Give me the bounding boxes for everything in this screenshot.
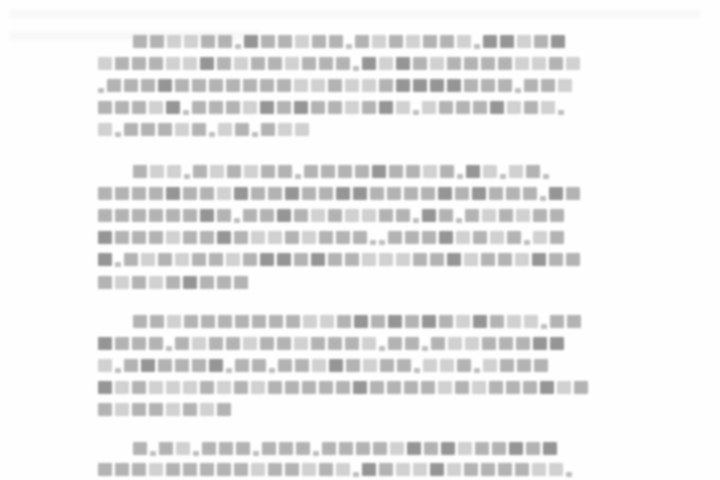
glyph xyxy=(346,44,352,49)
glyph xyxy=(277,79,291,92)
text-line xyxy=(98,187,580,201)
glyph xyxy=(268,57,282,70)
glyph xyxy=(124,253,138,266)
glyph xyxy=(490,101,504,114)
glyph xyxy=(158,79,172,92)
glyph xyxy=(524,240,530,245)
glyph xyxy=(534,35,548,48)
glyph xyxy=(183,187,197,200)
glyph xyxy=(509,165,523,178)
glyph xyxy=(483,165,497,178)
glyph xyxy=(482,337,496,350)
glyph xyxy=(541,324,547,329)
glyph xyxy=(150,315,164,328)
glyph xyxy=(506,381,520,394)
glyph xyxy=(465,337,479,350)
glyph xyxy=(447,79,461,92)
glyph xyxy=(473,315,487,328)
glyph xyxy=(541,101,555,114)
glyph xyxy=(404,381,418,394)
glyph xyxy=(175,79,189,92)
glyph xyxy=(355,165,369,178)
glyph xyxy=(149,101,163,114)
glyph xyxy=(278,123,292,136)
glyph xyxy=(175,253,189,266)
glyph xyxy=(500,359,514,372)
glyph xyxy=(362,101,376,114)
glyph xyxy=(98,187,112,200)
glyph xyxy=(217,276,231,289)
glyph xyxy=(345,101,359,114)
glyph xyxy=(98,231,112,244)
glyph xyxy=(328,101,342,114)
glyph xyxy=(499,209,513,222)
glyph xyxy=(481,463,495,476)
glyph xyxy=(533,209,547,222)
glyph xyxy=(506,187,520,200)
glyph xyxy=(447,463,461,476)
glyph xyxy=(166,381,180,394)
glyph xyxy=(302,463,316,476)
glyph xyxy=(217,403,231,416)
glyph xyxy=(226,337,240,350)
glyph xyxy=(115,187,129,200)
glyph xyxy=(183,231,197,244)
glyph xyxy=(184,315,198,328)
document-page: [illegible Chinese paragraph 1 — 5 lines… xyxy=(0,0,720,480)
glyph xyxy=(115,57,129,70)
glyph xyxy=(422,231,436,244)
glyph xyxy=(201,35,215,48)
text-line xyxy=(98,209,564,223)
glyph xyxy=(243,79,257,92)
glyph xyxy=(244,165,258,178)
glyph xyxy=(321,165,335,178)
glyph xyxy=(370,187,384,200)
glyph xyxy=(558,79,572,92)
glyph xyxy=(98,337,112,350)
glyph xyxy=(483,35,497,48)
glyph xyxy=(389,35,403,48)
text-line xyxy=(98,253,580,267)
glyph xyxy=(515,253,529,266)
glyph xyxy=(413,463,427,476)
glyph xyxy=(251,57,265,70)
glyph xyxy=(302,381,316,394)
glyph xyxy=(338,165,352,178)
glyph xyxy=(234,231,248,244)
paragraph-text: [illegible Chinese paragraph 3 — 5 lines… xyxy=(98,0,99,1)
glyph xyxy=(141,253,155,266)
glyph xyxy=(132,209,146,222)
glyph xyxy=(175,337,189,350)
glyph xyxy=(336,231,350,244)
glyph xyxy=(226,101,240,114)
glyph xyxy=(430,463,444,476)
glyph xyxy=(141,359,155,372)
glyph xyxy=(279,442,293,455)
glyph xyxy=(192,337,206,350)
glyph xyxy=(236,442,250,455)
glyph xyxy=(371,315,385,328)
glyph xyxy=(277,209,291,222)
glyph xyxy=(414,368,420,373)
glyph xyxy=(243,209,257,222)
glyph xyxy=(201,315,215,328)
glyph xyxy=(431,337,445,350)
glyph xyxy=(373,442,387,455)
glyph xyxy=(515,88,521,93)
glyph xyxy=(278,359,292,372)
glyph xyxy=(387,381,401,394)
glyph xyxy=(405,315,419,328)
glyph xyxy=(423,165,437,178)
glyph xyxy=(294,79,308,92)
text-line xyxy=(98,463,572,477)
glyph xyxy=(370,240,376,245)
glyph xyxy=(133,165,147,178)
glyph xyxy=(200,187,214,200)
glyph xyxy=(473,101,487,114)
glyph xyxy=(380,359,394,372)
glyph xyxy=(345,209,359,222)
glyph xyxy=(465,209,479,222)
glyph xyxy=(526,442,540,455)
glyph xyxy=(422,209,436,222)
glyph xyxy=(149,381,163,394)
paragraph-text: [illegible Chinese paragraph 2 — 6 lines… xyxy=(98,0,99,1)
glyph xyxy=(183,403,197,416)
glyph xyxy=(447,253,461,266)
glyph xyxy=(533,337,547,350)
text-line xyxy=(98,276,248,290)
glyph xyxy=(543,174,549,179)
glyph xyxy=(362,57,376,70)
glyph xyxy=(475,442,489,455)
glyph xyxy=(566,253,580,266)
glyph xyxy=(549,187,563,200)
glyph xyxy=(507,315,521,328)
glyph xyxy=(277,253,291,266)
glyph xyxy=(132,276,146,289)
glyph xyxy=(319,381,333,394)
glyph xyxy=(516,209,530,222)
glyph xyxy=(523,187,537,200)
glyph xyxy=(466,165,480,178)
glyph xyxy=(320,315,334,328)
glyph xyxy=(209,253,223,266)
glyph xyxy=(192,123,206,136)
glyph xyxy=(192,253,206,266)
glyph xyxy=(302,187,316,200)
glyph xyxy=(457,174,463,179)
glyph xyxy=(124,359,138,372)
glyph xyxy=(353,381,367,394)
glyph xyxy=(200,209,214,222)
text-line xyxy=(98,57,580,71)
glyph xyxy=(388,231,402,244)
glyph xyxy=(295,174,301,179)
glyph xyxy=(481,253,495,266)
glyph xyxy=(167,165,181,178)
glyph xyxy=(166,276,180,289)
glyph xyxy=(405,337,419,350)
glyph xyxy=(166,187,180,200)
glyph xyxy=(390,442,404,455)
glyph xyxy=(166,57,180,70)
glyph xyxy=(261,165,275,178)
glyph xyxy=(132,231,146,244)
glyph xyxy=(149,231,163,244)
text-line xyxy=(133,315,581,329)
glyph xyxy=(490,315,504,328)
glyph xyxy=(183,276,197,289)
glyph xyxy=(158,123,172,136)
glyph xyxy=(149,187,163,200)
glyph xyxy=(183,57,197,70)
glyph xyxy=(124,123,138,136)
glyph xyxy=(193,165,207,178)
glyph xyxy=(481,79,495,92)
glyph xyxy=(337,315,351,328)
glyph xyxy=(149,57,163,70)
glyph xyxy=(115,368,121,373)
glyph xyxy=(98,209,112,222)
glyph xyxy=(253,451,259,456)
glyph xyxy=(132,403,146,416)
glyph xyxy=(296,442,310,455)
glyph xyxy=(532,253,546,266)
glyph xyxy=(439,231,453,244)
glyph xyxy=(260,337,274,350)
glyph xyxy=(217,381,231,394)
glyph xyxy=(166,231,180,244)
glyph xyxy=(464,79,478,92)
glyph xyxy=(319,231,333,244)
glyph xyxy=(244,35,258,48)
glyph xyxy=(158,359,172,372)
glyph xyxy=(133,315,147,328)
glyph xyxy=(115,381,129,394)
glyph xyxy=(234,187,248,200)
glyph xyxy=(540,381,554,394)
glyph xyxy=(422,315,436,328)
glyph xyxy=(328,79,342,92)
glyph xyxy=(379,209,393,222)
glyph xyxy=(269,315,283,328)
glyph xyxy=(192,79,206,92)
glyph xyxy=(362,337,376,350)
glyph xyxy=(336,187,350,200)
glyph xyxy=(252,132,258,137)
glyph xyxy=(286,315,300,328)
glyph xyxy=(533,231,547,244)
glyph xyxy=(295,35,309,48)
glyph xyxy=(166,463,180,476)
glyph xyxy=(329,359,343,372)
glyph xyxy=(124,79,138,92)
glyph xyxy=(166,209,180,222)
glyph xyxy=(311,209,325,222)
glyph xyxy=(430,79,444,92)
glyph xyxy=(311,79,325,92)
glyph xyxy=(464,57,478,70)
glyph xyxy=(328,209,342,222)
glyph xyxy=(517,35,531,48)
glyph xyxy=(396,253,410,266)
glyph xyxy=(261,123,275,136)
glyph xyxy=(209,101,223,114)
glyph xyxy=(98,123,112,136)
glyph xyxy=(251,463,265,476)
glyph xyxy=(558,110,564,115)
glyph xyxy=(499,337,513,350)
glyph xyxy=(209,337,223,350)
glyph xyxy=(557,381,571,394)
glyph xyxy=(98,276,112,289)
glyph xyxy=(439,315,453,328)
glyph xyxy=(210,165,224,178)
glyph xyxy=(234,57,248,70)
glyph xyxy=(268,463,282,476)
glyph xyxy=(389,165,403,178)
text-line xyxy=(98,337,564,351)
glyph xyxy=(362,253,376,266)
glyph xyxy=(574,381,588,394)
glyph xyxy=(166,346,172,351)
glyph xyxy=(311,101,325,114)
glyph xyxy=(226,368,232,373)
glyph xyxy=(132,187,146,200)
glyph xyxy=(423,35,437,48)
glyph xyxy=(235,123,249,136)
glyph xyxy=(251,381,265,394)
glyph xyxy=(285,187,299,200)
glyph xyxy=(507,231,521,244)
glyph xyxy=(285,57,299,70)
glyph xyxy=(524,315,538,328)
glyph xyxy=(313,451,319,456)
glyph xyxy=(302,57,316,70)
glyph xyxy=(294,209,308,222)
glyph xyxy=(166,403,180,416)
glyph xyxy=(302,231,316,244)
glyph xyxy=(372,35,386,48)
glyph xyxy=(550,337,564,350)
glyph xyxy=(541,79,555,92)
glyph xyxy=(550,209,564,222)
glyph xyxy=(413,218,419,223)
glyph xyxy=(227,165,241,178)
glyph xyxy=(362,209,376,222)
glyph xyxy=(396,57,410,70)
glyph xyxy=(379,240,385,245)
text-line xyxy=(98,79,572,93)
glyph xyxy=(115,403,129,416)
glyph xyxy=(141,79,155,92)
glyph xyxy=(166,101,180,114)
glyph xyxy=(269,368,275,373)
glyph xyxy=(304,165,318,178)
glyph xyxy=(405,231,419,244)
glyph xyxy=(404,187,418,200)
glyph xyxy=(200,463,214,476)
glyph xyxy=(252,315,266,328)
bleed-through-text xyxy=(0,2,720,32)
glyph xyxy=(98,403,112,416)
text-line xyxy=(133,165,549,179)
glyph xyxy=(524,79,538,92)
glyph xyxy=(388,337,402,350)
glyph xyxy=(260,253,274,266)
glyph xyxy=(167,315,181,328)
glyph xyxy=(515,57,529,70)
glyph xyxy=(421,381,435,394)
glyph xyxy=(439,209,453,222)
glyph xyxy=(319,463,333,476)
glyph xyxy=(372,165,386,178)
glyph xyxy=(379,463,393,476)
glyph xyxy=(115,262,121,267)
text-line xyxy=(98,359,548,373)
glyph xyxy=(457,35,471,48)
glyph xyxy=(235,359,249,372)
glyph xyxy=(396,209,410,222)
glyph xyxy=(396,101,410,114)
glyph xyxy=(413,110,419,115)
glyph xyxy=(149,276,163,289)
glyph xyxy=(474,44,480,49)
glyph xyxy=(339,442,353,455)
glyph xyxy=(379,57,393,70)
glyph xyxy=(507,101,521,114)
glyph xyxy=(200,381,214,394)
glyph xyxy=(345,253,359,266)
glyph xyxy=(516,337,530,350)
glyph xyxy=(150,35,164,48)
glyph xyxy=(202,442,216,455)
glyph xyxy=(175,359,189,372)
glyph xyxy=(252,359,266,372)
glyph xyxy=(200,57,214,70)
glyph xyxy=(354,315,368,328)
text-line xyxy=(98,381,588,395)
glyph xyxy=(115,132,121,137)
glyph xyxy=(517,359,531,372)
glyph xyxy=(132,101,146,114)
glyph xyxy=(441,442,455,455)
glyph xyxy=(209,79,223,92)
glyph xyxy=(549,57,563,70)
glyph xyxy=(379,101,393,114)
glyph xyxy=(150,451,156,456)
glyph xyxy=(482,209,496,222)
glyph xyxy=(498,57,512,70)
glyph xyxy=(440,35,454,48)
glyph xyxy=(218,35,232,48)
glyph xyxy=(235,315,249,328)
glyph xyxy=(183,209,197,222)
glyph xyxy=(509,442,523,455)
glyph xyxy=(406,35,420,48)
glyph xyxy=(549,253,563,266)
glyph xyxy=(277,337,291,350)
glyph xyxy=(500,35,514,48)
glyph xyxy=(107,79,121,92)
glyph xyxy=(455,187,469,200)
glyph xyxy=(498,79,512,92)
glyph xyxy=(379,253,393,266)
